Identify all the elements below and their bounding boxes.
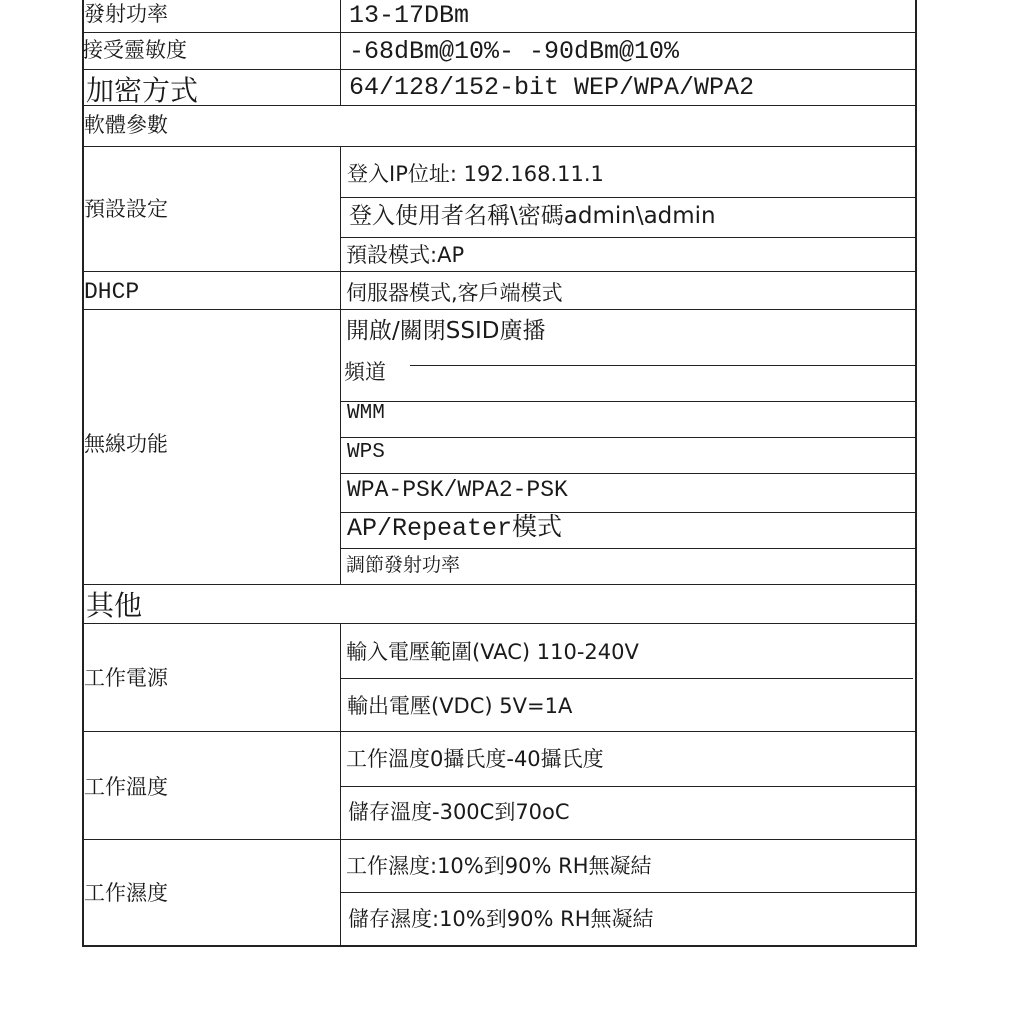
row-divider [341,786,917,787]
wireless-item: 頻道 [344,362,386,383]
row-divider [82,271,917,272]
row-divider [341,678,913,679]
value-storage-humidity: 儲存濕度:10%到90% RH無凝結 [348,909,653,930]
column-divider [340,623,341,947]
row-divider [82,105,917,106]
row-divider [82,623,917,624]
wireless-item: 調節發射功率 [346,556,460,575]
label-humidity: 工作濕度 [84,883,168,904]
value-dhcp: 伺服器模式,客戶端模式 [346,283,563,304]
value-default-credentials: 登入使用者名稱\密碼admin\admin [349,205,716,228]
column-divider [340,146,341,584]
row-divider [82,69,917,70]
label-power: 工作電源 [84,668,168,689]
value-operating-humidity: 工作濕度:10%到90% RH無凝結 [346,856,651,877]
label-rx-sensitivity: 接受靈敏度 [82,40,187,61]
row-divider [341,473,917,474]
value-default-mode: 預設模式:AP [346,245,464,266]
column-divider [340,0,341,105]
row-divider [82,309,917,310]
value-default-ip: 登入IP位址: 192.168.11.1 [347,164,604,185]
wireless-item: WPS [347,442,385,463]
value-output-voltage: 輸出電壓(VDC) 5V=1A [347,696,572,717]
value-encryption: 64/128/152-bit WEP/WPA/WPA2 [349,75,754,100]
label-encryption: 加密方式 [86,77,198,105]
row-divider [82,839,917,840]
value-rx-sensitivity: -68dBm@10%- -90dBm@10% [349,39,679,64]
row-divider [341,237,917,238]
wireless-item: WMM [347,403,385,424]
section-other: 其他 [86,592,142,620]
row-divider [341,892,917,893]
section-software-params: 軟體參數 [84,115,168,136]
row-divider [341,548,917,549]
row-divider [341,437,917,438]
row-divider [410,365,917,366]
value-tx-power: 13-17DBm [349,3,469,28]
label-tx-power: 發射功率 [84,4,168,25]
row-divider [341,401,917,402]
value-input-voltage: 輸入電壓範圍(VAC) 110-240V [346,642,639,663]
value-storage-temp: 儲存溫度-300C到70oC [348,802,570,823]
row-divider [82,584,917,585]
row-divider [82,731,917,732]
wireless-item: 開啟/關閉SSID廣播 [346,320,545,343]
row-divider [82,146,917,147]
wireless-item: AP/Repeater模式 [347,516,562,541]
row-divider [82,32,917,33]
row-divider [341,197,917,198]
label-temperature: 工作溫度 [84,777,168,798]
value-operating-temp: 工作溫度0攝氏度-40攝氏度 [346,749,604,770]
label-dhcp: DHCP [84,281,139,304]
row-divider [341,512,917,513]
label-defaults: 預設設定 [84,199,168,220]
wireless-item: WPA-PSK/WPA2-PSK [347,479,568,502]
label-wireless: 無線功能 [84,434,168,455]
